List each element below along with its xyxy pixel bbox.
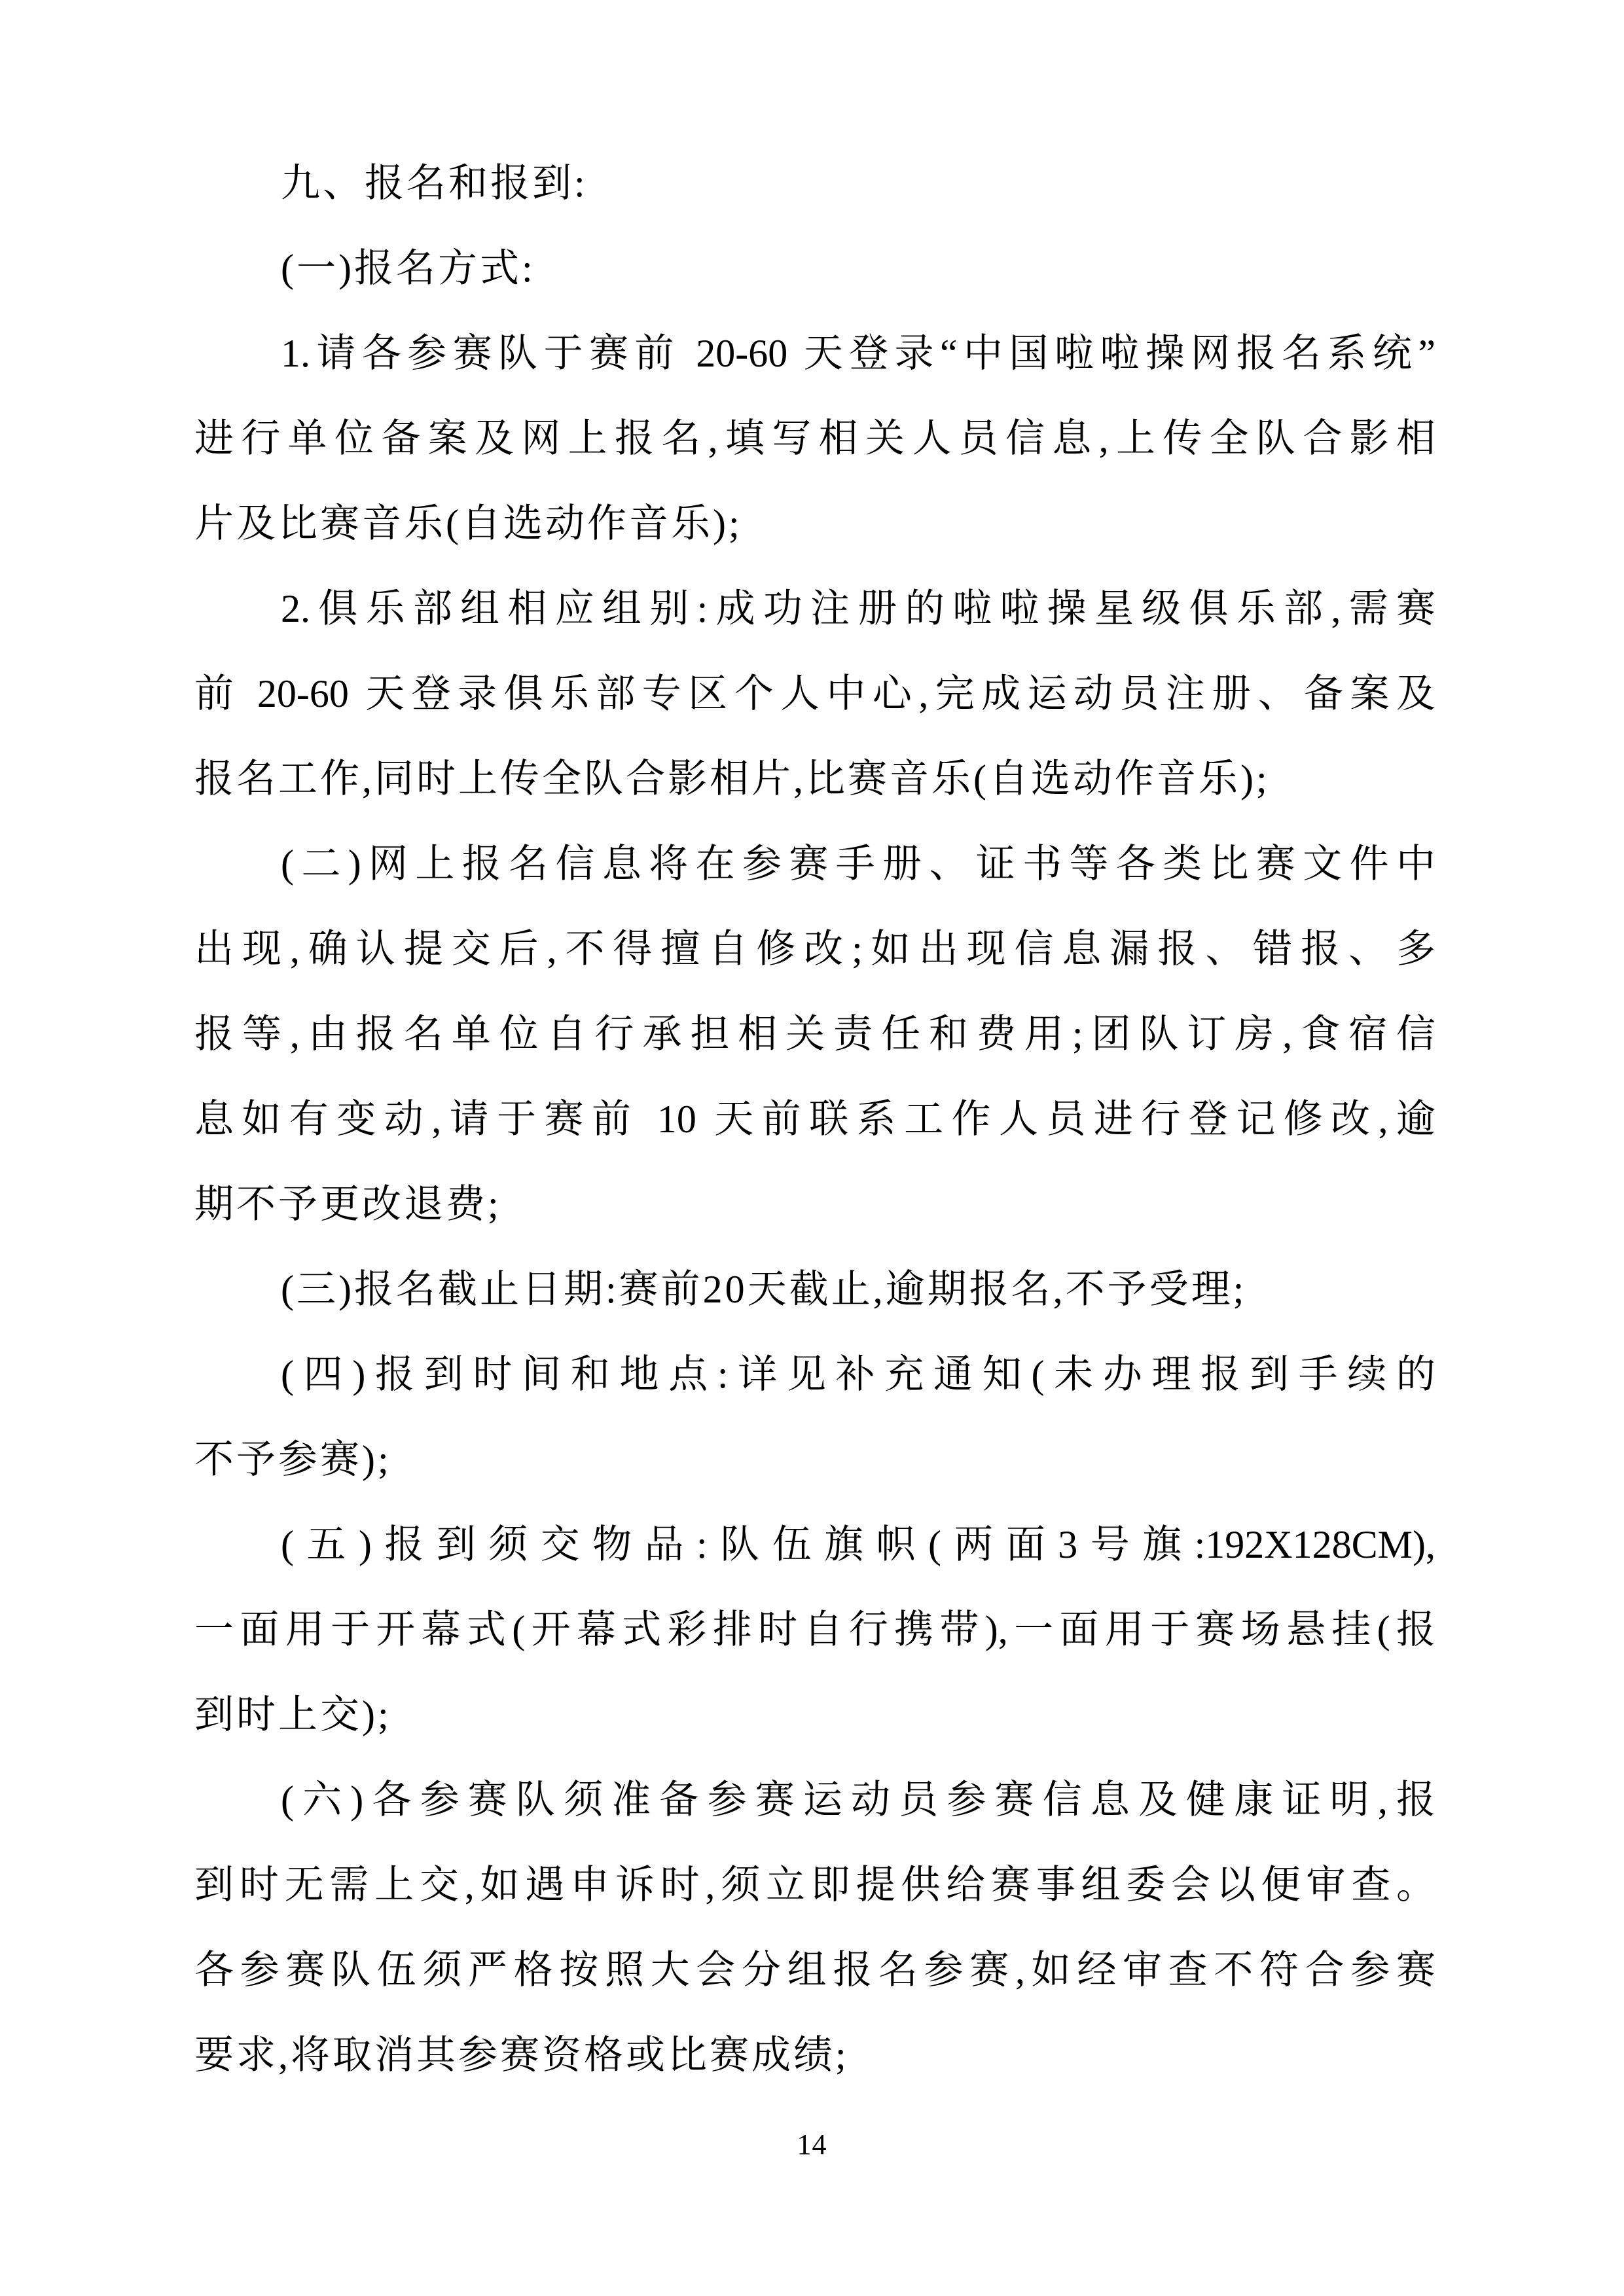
- text-line: 期不予更改退费;: [194, 1162, 1435, 1247]
- text-line: 各参赛队伍须严格按照大会分组报名参赛,如经审查不符合参赛: [194, 1928, 1435, 2013]
- text-line: (一)报名方式:: [194, 226, 1435, 311]
- text-line: 出现,确认提交后,不得擅自修改;如出现信息漏报、错报、多: [194, 906, 1435, 992]
- text-line: 到时上交);: [194, 1672, 1435, 1757]
- text-line: 一面用于开幕式(开幕式彩排时自行携带),一面用于赛场悬挂(报: [194, 1587, 1435, 1672]
- text-line: 进行单位备案及网上报名,填写相关人员信息,上传全队合影相: [194, 396, 1435, 481]
- text-line: 1.请各参赛队于赛前 20-60 天登录“中国啦啦操网报名系统”: [194, 311, 1435, 396]
- page-number: 14: [0, 2128, 1624, 2161]
- text-line: 到时无需上交,如遇申诉时,须立即提供给赛事组委会以便审查。: [194, 1842, 1435, 1928]
- document-page: 九、报名和报到:(一)报名方式:1.请各参赛队于赛前 20-60 天登录“中国啦…: [0, 0, 1624, 2296]
- text-line: (三)报名截止日期:赛前20天截止,逾期报名,不予受理;: [194, 1247, 1435, 1332]
- text-line: (五)报到须交物品:队伍旗帜(两面3号旗:192X128CM),: [194, 1502, 1435, 1587]
- text-line: 前 20-60 天登录俱乐部专区个人中心,完成运动员注册、备案及: [194, 651, 1435, 736]
- text-line: 要求,将取消其参赛资格或比赛成绩;: [194, 2013, 1435, 2098]
- text-line: 不予参赛);: [194, 1417, 1435, 1502]
- text-line: (六)各参赛队须准备参赛运动员参赛信息及健康证明,报: [194, 1757, 1435, 1842]
- text-line: 九、报名和报到:: [194, 141, 1435, 226]
- text-line: 2.俱乐部组相应组别:成功注册的啦啦操星级俱乐部,需赛: [194, 566, 1435, 651]
- text-line: 片及比赛音乐(自选动作音乐);: [194, 481, 1435, 566]
- document-body: 九、报名和报到:(一)报名方式:1.请各参赛队于赛前 20-60 天登录“中国啦…: [194, 141, 1435, 2098]
- text-line: 息如有变动,请于赛前 10 天前联系工作人员进行登记修改,逾: [194, 1077, 1435, 1162]
- text-line: 报等,由报名单位自行承担相关责任和费用;团队订房,食宿信: [194, 992, 1435, 1077]
- text-line: (四)报到时间和地点:详见补充通知(未办理报到手续的: [194, 1332, 1435, 1417]
- text-line: 报名工作,同时上传全队合影相片,比赛音乐(自选动作音乐);: [194, 736, 1435, 821]
- text-line: (二)网上报名信息将在参赛手册、证书等各类比赛文件中: [194, 821, 1435, 906]
